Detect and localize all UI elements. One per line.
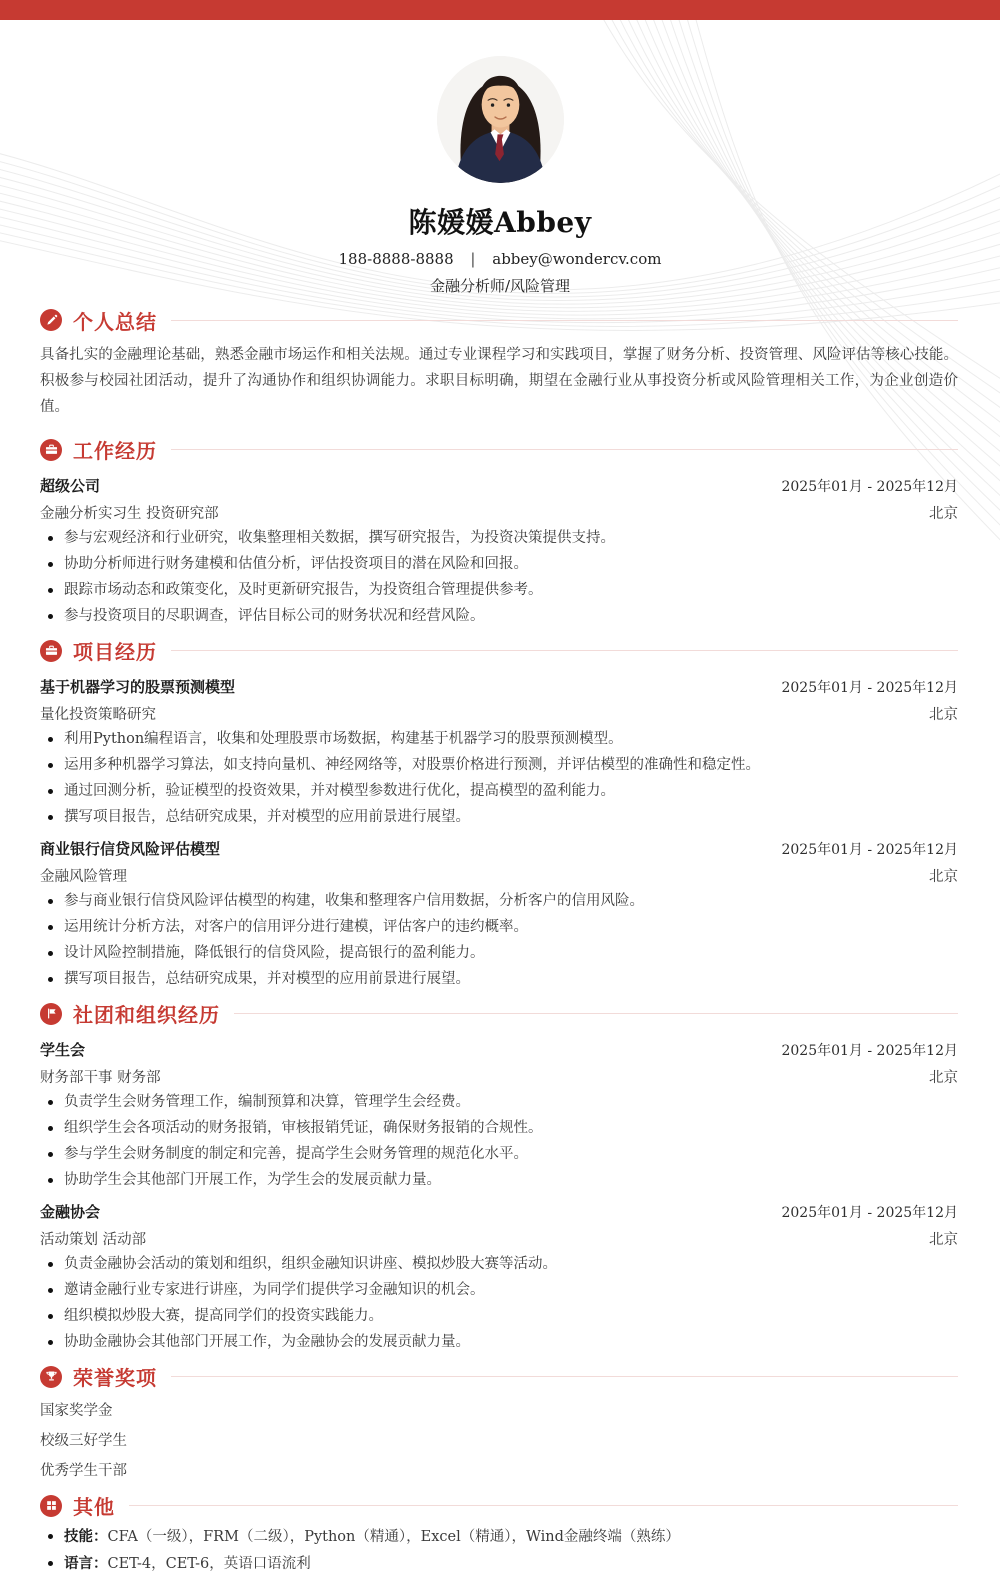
section-header-other: 其他 <box>40 1491 958 1521</box>
bullet-dot <box>48 1561 53 1566</box>
bullet-label: 语言： <box>64 1555 108 1572</box>
bullet-item: 组织模拟炒股大赛，提高同学们的投资实践能力。 <box>40 1306 958 1327</box>
bullet-dot <box>48 536 53 541</box>
summary-paragraph: 具备扎实的金融理论基础，熟悉金融市场运作和相关法规。通过专业课程学习和实践项目，… <box>40 342 958 420</box>
section-title: 个人总结 <box>73 306 157 335</box>
bullet-item: 设计风险控制措施，降低银行的信贷风险，提高银行的盈利能力。 <box>40 943 958 964</box>
bullet-item: 语言：CET-4，CET-6，英语口语流利 <box>40 1553 958 1575</box>
bullet-item: 通过回测分析，验证模型的投资效果，并对模型参数进行优化，提高模型的盈利能力。 <box>40 781 958 802</box>
honor-line: 国家奖学金 <box>40 1401 958 1422</box>
bullet-text: 设计风险控制措施，降低银行的信贷风险，提高银行的盈利能力。 <box>64 945 485 961</box>
section-projects: 项目经历基于机器学习的股票预测模型2025年01月 - 2025年12月量化投资… <box>40 636 958 990</box>
grid-icon <box>40 1495 62 1517</box>
bullet-item: 参与投资项目的尽职调查，评估目标公司的财务状况和经营风险。 <box>40 606 958 627</box>
section-header-projects: 项目经历 <box>40 636 958 666</box>
bullet-dot <box>48 977 53 982</box>
bullet-dot <box>48 789 53 794</box>
entry-bullet-list: 参与宏观经济和行业研究，收集整理相关数据，撰写研究报告，为投资决策提供支持。协助… <box>40 528 958 627</box>
bullet-dot <box>48 763 53 768</box>
entry-subheader: 财务部干事 财务部北京 <box>40 1066 958 1087</box>
bullet-dot <box>48 588 53 593</box>
entry-header: 超级公司2025年01月 - 2025年12月 <box>40 475 958 496</box>
entry-bullet-list: 负责学生会财务管理工作，编制预算和决算，管理学生会经费。组织学生会各项活动的财务… <box>40 1092 958 1191</box>
entry-location: 北京 <box>929 502 958 523</box>
bullet-text: 参与投资项目的尽职调查，评估目标公司的财务状况和经营风险。 <box>64 608 485 624</box>
bullet-dot <box>48 1152 53 1157</box>
bullet-item: 邀请金融行业专家进行讲座，为同学们提供学习金融知识的机会。 <box>40 1280 958 1301</box>
bullet-dot <box>48 815 53 820</box>
entry-name: 金融协会 <box>40 1201 100 1222</box>
entry-bullet-list: 利用Python编程语言，收集和处理股票市场数据，构建基于机器学习的股票预测模型… <box>40 729 958 828</box>
bullet-item: 技能：CFA（一级），FRM（二级），Python（精通），Excel（精通），… <box>40 1526 958 1548</box>
bullet-item: 协助金融协会其他部门开展工作，为金融协会的发展贡献力量。 <box>40 1332 958 1353</box>
section-divider-line <box>129 1505 958 1506</box>
entry-name: 基于机器学习的股票预测模型 <box>40 676 235 697</box>
bullet-text: 负责学生会财务管理工作，编制预算和决算，管理学生会经费。 <box>64 1094 470 1110</box>
honor-line: 优秀学生干部 <box>40 1461 958 1482</box>
section-title: 荣誉奖项 <box>73 1362 157 1391</box>
section-divider-line <box>171 320 958 321</box>
entry-name: 学生会 <box>40 1039 85 1060</box>
bullet-text: 负责金融协会活动的策划和组织，组织金融知识讲座、模拟炒股大赛等活动。 <box>64 1256 557 1272</box>
bullet-dot <box>48 614 53 619</box>
bullet-item: 参与宏观经济和行业研究，收集整理相关数据，撰写研究报告，为投资决策提供支持。 <box>40 528 958 549</box>
bullet-item: 撰写项目报告，总结研究成果，并对模型的应用前景进行展望。 <box>40 807 958 828</box>
bullet-text: CET-4，CET-6，英语口语流利 <box>108 1556 311 1572</box>
bullet-dot <box>48 737 53 742</box>
section-divider-line <box>171 449 958 450</box>
bullet-dot <box>48 1178 53 1183</box>
section-header-summary: 个人总结 <box>40 305 958 335</box>
bullet-item: 跟踪市场动态和政策变化，及时更新研究报告，为投资组合管理提供参考。 <box>40 580 958 601</box>
bullet-item: 利用Python编程语言，收集和处理股票市场数据，构建基于机器学习的股票预测模型… <box>40 729 958 750</box>
trophy-icon <box>40 1366 62 1388</box>
entry-header: 学生会2025年01月 - 2025年12月 <box>40 1039 958 1060</box>
entry-role: 金融风险管理 <box>40 865 127 886</box>
section-summary: 个人总结具备扎实的金融理论基础，熟悉金融市场运作和相关法规。通过专业课程学习和实… <box>40 305 958 420</box>
flag-icon <box>40 1003 62 1025</box>
section-header-organizations: 社团和组织经历 <box>40 999 958 1029</box>
section-title: 社团和组织经历 <box>73 999 220 1028</box>
bullet-dot <box>48 1126 53 1131</box>
bullet-dot <box>48 1340 53 1345</box>
bullet-item: 参与商业银行信贷风险评估模型的构建，收集和整理客户信用数据，分析客户的信用风险。 <box>40 891 958 912</box>
bullet-item: 协助分析师进行财务建模和估值分析，评估投资项目的潜在风险和回报。 <box>40 554 958 575</box>
briefcase-icon <box>40 439 62 461</box>
entry-location: 北京 <box>929 703 958 724</box>
section-organizations: 社团和组织经历学生会2025年01月 - 2025年12月财务部干事 财务部北京… <box>40 999 958 1353</box>
bullet-item: 负责学生会财务管理工作，编制预算和决算，管理学生会经费。 <box>40 1092 958 1113</box>
entry-name: 商业银行信贷风险评估模型 <box>40 838 220 859</box>
entry-date: 2025年01月 - 2025年12月 <box>781 476 958 496</box>
section-honors: 荣誉奖项国家奖学金校级三好学生优秀学生干部 <box>40 1362 958 1482</box>
entry-bullet-list: 负责金融协会活动的策划和组织，组织金融知识讲座、模拟炒股大赛等活动。邀请金融行业… <box>40 1254 958 1353</box>
bullet-text: 参与商业银行信贷风险评估模型的构建，收集和整理客户信用数据，分析客户的信用风险。 <box>64 893 644 909</box>
bullet-item: 参与学生会财务制度的制定和完善，提高学生会财务管理的规范化水平。 <box>40 1144 958 1165</box>
entry-date: 2025年01月 - 2025年12月 <box>781 1040 958 1060</box>
entry-date: 2025年01月 - 2025年12月 <box>781 839 958 859</box>
section-other: 其他技能：CFA（一级），FRM（二级），Python（精通），Excel（精通… <box>40 1491 958 1575</box>
bullet-text: 撰写项目报告，总结研究成果，并对模型的应用前景进行展望。 <box>64 971 470 987</box>
section-divider-line <box>171 650 958 651</box>
entry-header: 商业银行信贷风险评估模型2025年01月 - 2025年12月 <box>40 838 958 859</box>
entry-date: 2025年01月 - 2025年12月 <box>781 677 958 697</box>
entry-subheader: 活动策划 活动部北京 <box>40 1228 958 1249</box>
bullet-text: 利用Python编程语言，收集和处理股票市场数据，构建基于机器学习的股票预测模型… <box>64 731 623 747</box>
entry-bullet-list: 参与商业银行信贷风险评估模型的构建，收集和整理客户信用数据，分析客户的信用风险。… <box>40 891 958 990</box>
person-name: 陈媛媛Abbey <box>0 201 1000 241</box>
entry-subheader: 量化投资策略研究北京 <box>40 703 958 724</box>
entry-header: 金融协会2025年01月 - 2025年12月 <box>40 1201 958 1222</box>
entry-location: 北京 <box>929 1228 958 1249</box>
bullet-text: CFA（一级），FRM（二级），Python（精通），Excel（精通），Win… <box>108 1529 680 1545</box>
bullet-text: 协助学生会其他部门开展工作，为学生会的发展贡献力量。 <box>64 1172 441 1188</box>
portrait-illustration <box>437 56 564 183</box>
section-header-work: 工作经历 <box>40 435 958 465</box>
bullet-dot <box>48 899 53 904</box>
section-work: 工作经历超级公司2025年01月 - 2025年12月金融分析实习生 投资研究部… <box>40 435 958 627</box>
section-divider-line <box>234 1013 958 1014</box>
bullet-item: 运用多种机器学习算法，如支持向量机、神经网络等，对股票价格进行预测，并评估模型的… <box>40 755 958 776</box>
labeled-bullet-list: 技能：CFA（一级），FRM（二级），Python（精通），Excel（精通），… <box>40 1526 958 1575</box>
entry-role: 量化投资策略研究 <box>40 703 156 724</box>
bullet-text: 跟踪市场动态和政策变化，及时更新研究报告，为投资组合管理提供参考。 <box>64 582 543 598</box>
bullet-dot <box>48 951 53 956</box>
pencil-icon <box>40 309 62 331</box>
resume-header: 陈媛媛Abbey 188-8888-8888 | abbey@wondercv.… <box>0 20 1000 296</box>
bullet-text: 邀请金融行业专家进行讲座，为同学们提供学习金融知识的机会。 <box>64 1282 485 1298</box>
bullet-label: 技能： <box>64 1528 108 1545</box>
entry-role: 金融分析实习生 投资研究部 <box>40 502 219 523</box>
email-address: abbey@wondercv.com <box>492 250 661 268</box>
bullet-text: 协助分析师进行财务建模和估值分析，评估投资项目的潜在风险和回报。 <box>64 556 528 572</box>
entry-role: 活动策划 活动部 <box>40 1228 146 1249</box>
phone-number: 188-8888-8888 <box>339 250 454 268</box>
entry-name: 超级公司 <box>40 475 100 496</box>
entry-subheader: 金融风险管理北京 <box>40 865 958 886</box>
entry-date: 2025年01月 - 2025年12月 <box>781 1202 958 1222</box>
contact-separator: | <box>470 250 475 268</box>
bullet-text: 协助金融协会其他部门开展工作，为金融协会的发展贡献力量。 <box>64 1334 470 1350</box>
bullet-text: 参与宏观经济和行业研究，收集整理相关数据，撰写研究报告，为投资决策提供支持。 <box>64 530 615 546</box>
bullet-dot <box>48 1288 53 1293</box>
entry-header: 基于机器学习的股票预测模型2025年01月 - 2025年12月 <box>40 676 958 697</box>
bullet-text: 运用多种机器学习算法，如支持向量机、神经网络等，对股票价格进行预测，并评估模型的… <box>64 757 760 773</box>
bullet-item: 运用统计分析方法，对客户的信用评分进行建模，评估客户的违约概率。 <box>40 917 958 938</box>
bullet-item: 组织学生会各项活动的财务报销，审核报销凭证，确保财务报销的合规性。 <box>40 1118 958 1139</box>
section-divider-line <box>171 1376 958 1377</box>
bullet-dot <box>48 562 53 567</box>
bullet-text: 通过回测分析，验证模型的投资效果，并对模型参数进行优化，提高模型的盈利能力。 <box>64 783 615 799</box>
toolbox-icon <box>40 640 62 662</box>
bullet-text: 参与学生会财务制度的制定和完善，提高学生会财务管理的规范化水平。 <box>64 1146 528 1162</box>
bullet-dot <box>48 1100 53 1105</box>
resume-sections: 个人总结具备扎实的金融理论基础，熟悉金融市场运作和相关法规。通过专业课程学习和实… <box>0 305 1000 1575</box>
avatar <box>437 56 564 183</box>
entry-role: 财务部干事 财务部 <box>40 1066 161 1087</box>
bullet-dot <box>48 1534 53 1539</box>
bullet-text: 运用统计分析方法，对客户的信用评分进行建模，评估客户的违约概率。 <box>64 919 528 935</box>
honor-line: 校级三好学生 <box>40 1431 958 1452</box>
entry-location: 北京 <box>929 1066 958 1087</box>
bullet-item: 负责金融协会活动的策划和组织，组织金融知识讲座、模拟炒股大赛等活动。 <box>40 1254 958 1275</box>
bullet-text: 撰写项目报告，总结研究成果，并对模型的应用前景进行展望。 <box>64 809 470 825</box>
section-header-honors: 荣誉奖项 <box>40 1362 958 1392</box>
bullet-text: 组织模拟炒股大赛，提高同学们的投资实践能力。 <box>64 1308 383 1324</box>
section-title: 其他 <box>73 1491 115 1520</box>
top-accent-bar <box>0 0 1000 20</box>
bullet-dot <box>48 925 53 930</box>
bullet-dot <box>48 1314 53 1319</box>
bullet-item: 撰写项目报告，总结研究成果，并对模型的应用前景进行展望。 <box>40 969 958 990</box>
entry-subheader: 金融分析实习生 投资研究部北京 <box>40 502 958 523</box>
contact-line: 188-8888-8888 | abbey@wondercv.com <box>0 250 1000 268</box>
section-title: 工作经历 <box>73 435 157 464</box>
entry-location: 北京 <box>929 865 958 886</box>
target-role: 金融分析师/风险管理 <box>0 275 1000 296</box>
section-title: 项目经历 <box>73 636 157 665</box>
bullet-item: 协助学生会其他部门开展工作，为学生会的发展贡献力量。 <box>40 1170 958 1191</box>
bullet-dot <box>48 1262 53 1267</box>
bullet-text: 组织学生会各项活动的财务报销，审核报销凭证，确保财务报销的合规性。 <box>64 1120 543 1136</box>
